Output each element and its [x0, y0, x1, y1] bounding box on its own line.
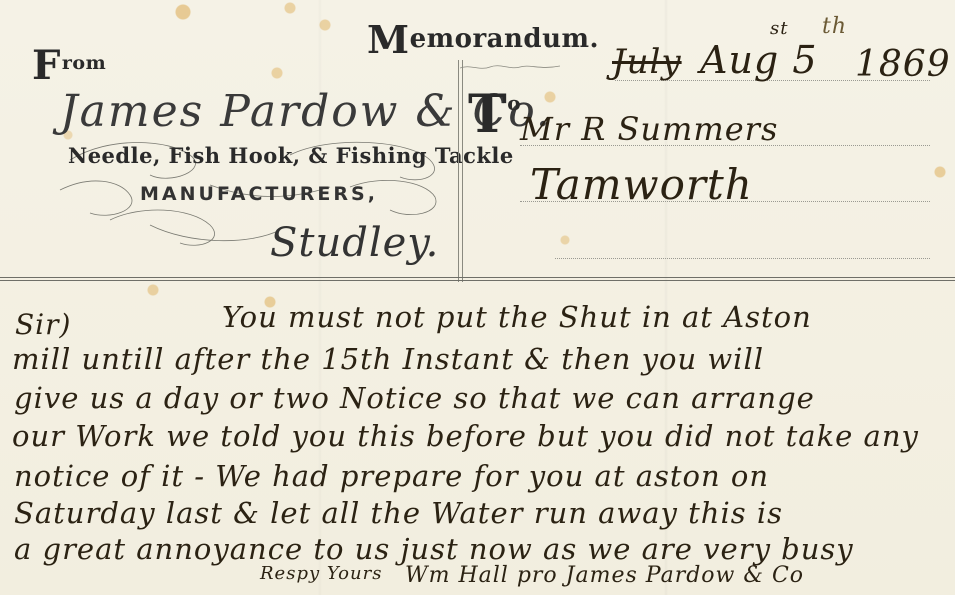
body-line: our Work we told you this before but you…: [12, 419, 919, 453]
recipient-town: Tamworth: [530, 160, 753, 209]
body-line: give us a day or two Notice so that we c…: [14, 381, 815, 415]
signature: Wm Hall pro James Pardow & Co: [405, 563, 804, 588]
company-role: MANUFACTURERS,: [140, 183, 378, 205]
memo-rest: emorandum.: [410, 24, 600, 54]
date-superscript: st: [770, 18, 788, 39]
company-town: Studley.: [270, 220, 439, 266]
to-rest: o: [507, 91, 521, 115]
to-label: To: [468, 84, 521, 145]
body-line: mill untill after the 15th Instant & the…: [12, 342, 764, 376]
date-struck-month: July: [612, 42, 682, 82]
body-line: You must not put the Shut in at Aston: [222, 300, 812, 334]
body-line: a great annoyance to us just now as we a…: [14, 532, 854, 566]
to-initial: T: [468, 84, 507, 145]
vertical-divider: [458, 60, 463, 282]
divider-wave-icon: [460, 62, 560, 72]
body-line: Saturday last & let all the Water run aw…: [14, 496, 783, 530]
date-superscript-2: th: [822, 14, 847, 39]
from-rest: rom: [62, 52, 106, 74]
company-business: Needle, Fish Hook, & Fishing Tackle: [68, 143, 514, 168]
body-line: notice of it - We had prepare for you at…: [14, 459, 769, 493]
extra-rule: [555, 258, 930, 259]
memorandum-title: Memorandum.: [367, 17, 599, 62]
horizontal-divider: [0, 277, 955, 281]
from-label: From: [32, 42, 106, 89]
recipient-name: Mr R Summers: [520, 110, 778, 148]
memo-initial: M: [367, 17, 410, 62]
from-initial: F: [32, 42, 61, 89]
date-year: 1869: [855, 44, 951, 85]
closing: Respy Yours: [260, 563, 382, 584]
salutation: Sir): [15, 308, 71, 341]
date-month: Aug 5: [700, 38, 818, 82]
